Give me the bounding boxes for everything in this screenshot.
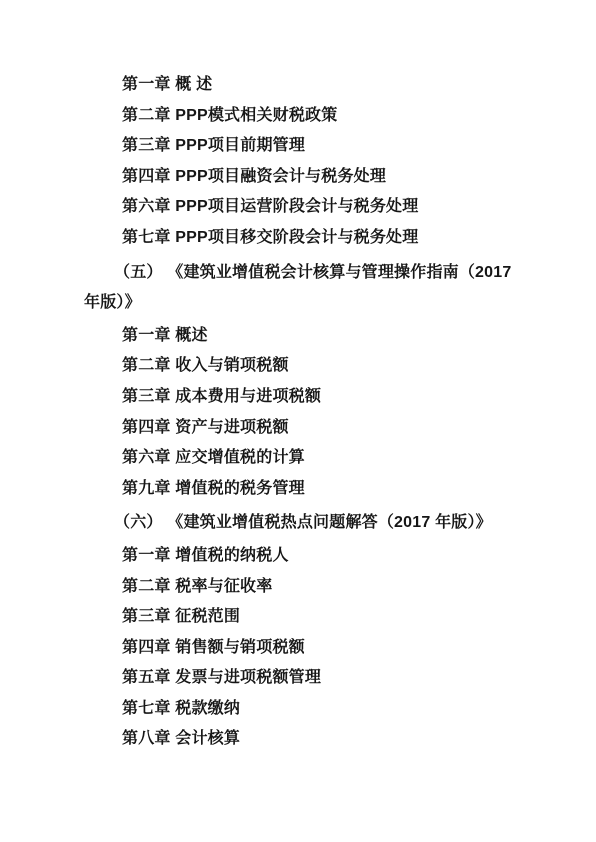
- book-title-heading: （五） 《建筑业增值税会计核算与管理操作指南（2017 年版）》: [84, 258, 514, 319]
- toc-chapter-line: 第三章 PPP项目前期管理: [84, 131, 514, 162]
- toc-chapter-line: 第六章 应交增值税的计算: [84, 443, 514, 474]
- toc-chapter-line: 第四章 PPP项目融资会计与税务处理: [84, 162, 514, 193]
- document-page: 第一章 概 述 第二章 PPP模式相关财税政策 第三章 PPP项目前期管理 第四…: [0, 0, 596, 842]
- toc-chapter-line: 第二章 税率与征收率: [84, 572, 514, 603]
- toc-chapter-line: 第三章 征税范围: [84, 602, 514, 633]
- toc-chapter-line: 第八章 会计核算: [84, 724, 514, 755]
- toc-chapter-line: 第四章 销售额与销项税额: [84, 633, 514, 664]
- toc-chapter-line: 第二章 PPP模式相关财税政策: [84, 101, 514, 132]
- toc-chapter-line: 第七章 税款缴纳: [84, 694, 514, 725]
- toc-chapter-line: 第一章 概 述: [84, 70, 514, 101]
- book-title-heading: （六） 《建筑业增值税热点问题解答（2017 年版）》: [84, 508, 514, 539]
- toc-chapter-line: 第二章 收入与销项税额: [84, 351, 514, 382]
- toc-chapter-line: 第四章 资产与进项税额: [84, 413, 514, 444]
- toc-chapter-line: 第九章 增值税的税务管理: [84, 474, 514, 505]
- toc-chapter-line: 第三章 成本费用与进项税额: [84, 382, 514, 413]
- toc-chapter-line: 第七章 PPP项目移交阶段会计与税务处理: [84, 223, 514, 254]
- toc-chapter-line: 第五章 发票与进项税额管理: [84, 663, 514, 694]
- toc-chapter-line: 第一章 概述: [84, 321, 514, 352]
- toc-chapter-line: 第六章 PPP项目运营阶段会计与税务处理: [84, 192, 514, 223]
- toc-chapter-line: 第一章 增值税的纳税人: [84, 541, 514, 572]
